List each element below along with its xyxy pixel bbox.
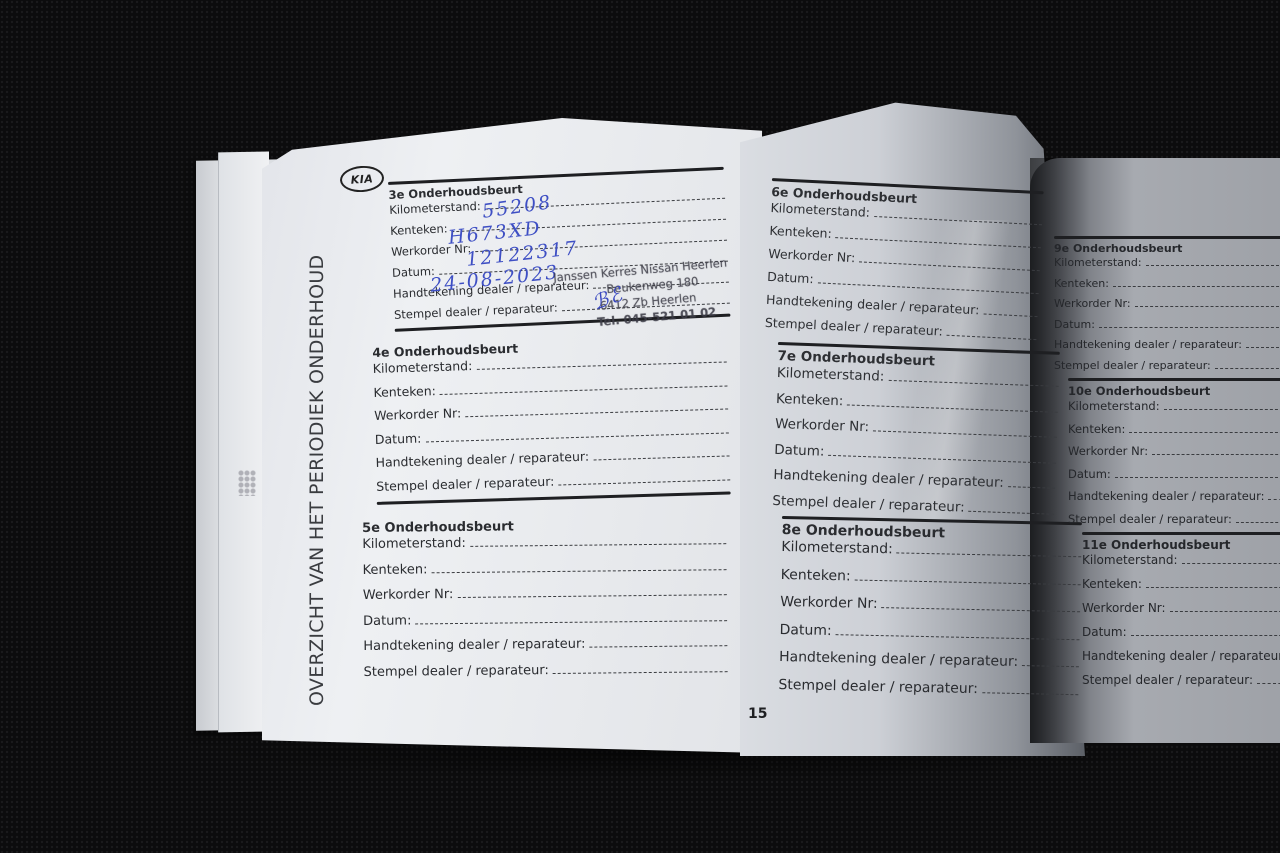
field-label: Kenteken: <box>1054 277 1109 290</box>
field-kilometerstand: Kilometerstand: <box>362 533 726 562</box>
field-label: Datum: <box>1068 467 1111 481</box>
fill-line <box>1008 478 1056 489</box>
field-werkorder: Werkorder Nr: <box>1054 297 1280 318</box>
fill-line <box>457 586 727 598</box>
fill-line <box>855 571 1081 585</box>
fill-line <box>1113 279 1280 287</box>
field-label: Kenteken: <box>776 390 844 408</box>
field-handtekening: Handtekening dealer / reparateur: <box>363 635 727 664</box>
fill-line <box>1131 628 1280 636</box>
field-handtekening: Handtekening dealer / reparateur: <box>1082 649 1280 673</box>
field-label: Werkorder Nr: <box>768 246 856 265</box>
field-label: Werkorder Nr: <box>1054 297 1131 310</box>
fill-line <box>1129 425 1280 433</box>
field-label: Stempel dealer / reparateur: <box>778 676 978 696</box>
fill-line <box>1115 470 1280 478</box>
field-stempel: Stempel dealer / reparateur: <box>1054 359 1280 380</box>
field-label: Kenteken: <box>390 221 448 238</box>
fill-line <box>982 683 1079 694</box>
fill-line <box>983 306 1038 317</box>
field-werkorder: Werkorder Nr: <box>1082 601 1280 625</box>
fill-line <box>1146 580 1280 588</box>
section-rule <box>1068 378 1280 381</box>
section-11e-onderhoudsbeurt: 11e Onderhoudsbeurt Kilometerstand: Kent… <box>1082 532 1280 697</box>
field-label: Datum: <box>779 621 831 638</box>
field-label: Kenteken: <box>362 562 427 578</box>
section-7e-onderhoudsbeurt: 7e Onderhoudsbeurt Kilometerstand: Kente… <box>772 342 1060 528</box>
field-label: Handtekening dealer / reparateur: <box>1068 489 1264 503</box>
section-5e-onderhoudsbeurt: 5e Onderhoudsbeurt Kilometerstand: Kente… <box>362 514 728 690</box>
fill-line <box>1182 556 1280 564</box>
field-label: Kenteken: <box>373 383 436 400</box>
field-label: Datum: <box>1082 625 1127 639</box>
section-rule <box>1054 236 1280 239</box>
field-datum: Datum: <box>1054 318 1280 339</box>
field-label: Werkorder Nr: <box>374 405 461 423</box>
fill-line <box>874 209 1043 226</box>
field-label: Werkorder Nr: <box>1082 601 1166 615</box>
section-8e-onderhoudsbeurt: 8e Onderhoudsbeurt Kilometerstand: Kente… <box>778 516 1082 710</box>
fill-line <box>558 471 730 485</box>
fill-line <box>882 599 1081 613</box>
field-label: Werkorder Nr: <box>363 587 454 603</box>
section-6e-onderhoudsbeurt: 6e Onderhoudsbeurt Kilometerstand: Kente… <box>764 178 1043 351</box>
fill-line <box>873 422 1057 438</box>
field-label: Datum: <box>774 441 825 459</box>
field-label: Werkorder Nr: <box>775 416 870 435</box>
field-kenteken: Kenteken: <box>362 559 726 588</box>
fill-line <box>1022 657 1079 668</box>
field-handtekening: Handtekening dealer / reparateur: <box>1054 338 1280 359</box>
fill-line <box>465 401 728 417</box>
field-kilometerstand: Kilometerstand: <box>1082 553 1280 577</box>
field-label: Datum: <box>375 430 422 446</box>
field-label: Datum: <box>767 269 814 286</box>
field-handtekening: Handtekening dealer / reparateur: <box>1068 489 1280 512</box>
field-kenteken: Kenteken: <box>1082 577 1280 601</box>
section-9e-onderhoudsbeurt: 9e Onderhoudsbeurt Kilometerstand: Kente… <box>1054 236 1280 379</box>
fill-line <box>431 561 726 573</box>
fill-line <box>1146 258 1280 266</box>
fill-line <box>969 502 1055 514</box>
field-label: Kilometerstand: <box>781 539 893 557</box>
field-label: Handtekening dealer / reparateur: <box>1054 338 1242 351</box>
fill-line <box>1099 320 1280 328</box>
fill-line <box>415 612 727 624</box>
field-datum: Datum: <box>1068 467 1280 490</box>
fill-line <box>1268 492 1280 500</box>
field-werkorder: Werkorder Nr: <box>1068 444 1280 467</box>
field-label: Stempel dealer / reparateur: <box>1068 512 1232 526</box>
fill-line <box>553 663 728 674</box>
fill-line <box>947 327 1037 340</box>
fill-line <box>470 535 727 546</box>
field-label: Stempel dealer / reparateur: <box>1054 359 1211 372</box>
field-kilometerstand: Kilometerstand: <box>1054 256 1280 277</box>
field-label: Datum: <box>363 613 412 629</box>
field-werkorder: Werkorder Nr: <box>363 584 727 613</box>
fill-line <box>476 354 727 370</box>
fill-line <box>1257 676 1280 684</box>
fill-line <box>1164 402 1280 410</box>
field-label: Kenteken: <box>1068 422 1125 436</box>
page-number: 15 <box>748 706 767 722</box>
field-kenteken: Kenteken: <box>1054 277 1280 298</box>
section-rule <box>1082 532 1280 535</box>
fill-line <box>1236 515 1280 523</box>
field-label: Handtekening dealer / reparateur: <box>363 637 585 654</box>
field-stempel: Stempel dealer / reparateur: <box>364 661 728 690</box>
fill-line <box>1152 447 1280 455</box>
fill-line <box>593 448 730 461</box>
fill-line <box>1170 604 1280 612</box>
field-kilometerstand: Kilometerstand: <box>1068 399 1280 422</box>
section-4e-onderhoudsbeurt: 4e Onderhoudsbeurt Kilometerstand: Kente… <box>372 331 731 504</box>
field-stempel: Stempel dealer / reparateur: <box>1082 673 1280 697</box>
section-title: 10e Onderhoudsbeurt <box>1068 384 1280 398</box>
fill-line <box>847 396 1058 412</box>
field-label: Kenteken: <box>769 223 832 241</box>
field-label: Kilometerstand: <box>1082 553 1178 567</box>
field-label: Kilometerstand: <box>777 365 885 385</box>
field-datum: Datum: <box>363 610 727 639</box>
field-label: Werkorder Nr: <box>1068 444 1148 458</box>
fill-line <box>589 637 727 647</box>
field-label: Kilometerstand: <box>373 358 473 376</box>
field-label: Kenteken: <box>1082 577 1142 591</box>
field-label: Kilometerstand: <box>1068 399 1160 413</box>
field-label: Kenteken: <box>781 566 851 583</box>
fill-line <box>1135 299 1280 307</box>
fill-line <box>836 625 1080 639</box>
fill-line <box>897 544 1082 557</box>
fill-line <box>1246 340 1280 348</box>
field-label: Werkorder Nr: <box>780 594 878 612</box>
field-label: Stempel dealer / reparateur: <box>1082 673 1253 687</box>
field-label: Handtekening dealer / reparateur: <box>1082 649 1280 663</box>
field-label: Kilometerstand: <box>362 536 466 552</box>
page-vertical-title: OVERZICHT VAN HET PERIODIEK ONDERHOUD <box>306 255 328 706</box>
fill-line <box>1215 361 1280 369</box>
field-label: Kilometerstand: <box>1054 256 1142 269</box>
section-title: 11e Onderhoudsbeurt <box>1082 538 1280 552</box>
page-smudge <box>238 470 256 496</box>
field-label: Datum: <box>1054 318 1095 331</box>
fill-line <box>888 372 1059 387</box>
field-kenteken: Kenteken: <box>1068 422 1280 445</box>
section-10e-onderhoudsbeurt: 10e Onderhoudsbeurt Kilometerstand: Kent… <box>1068 378 1280 534</box>
section-title: 9e Onderhoudsbeurt <box>1054 242 1280 255</box>
field-stempel: Stempel dealer / reparateur: <box>1068 512 1280 535</box>
field-label: Kilometerstand: <box>389 199 481 217</box>
field-label: Stempel dealer / reparateur: <box>364 663 549 680</box>
field-datum: Datum: <box>1082 625 1280 649</box>
